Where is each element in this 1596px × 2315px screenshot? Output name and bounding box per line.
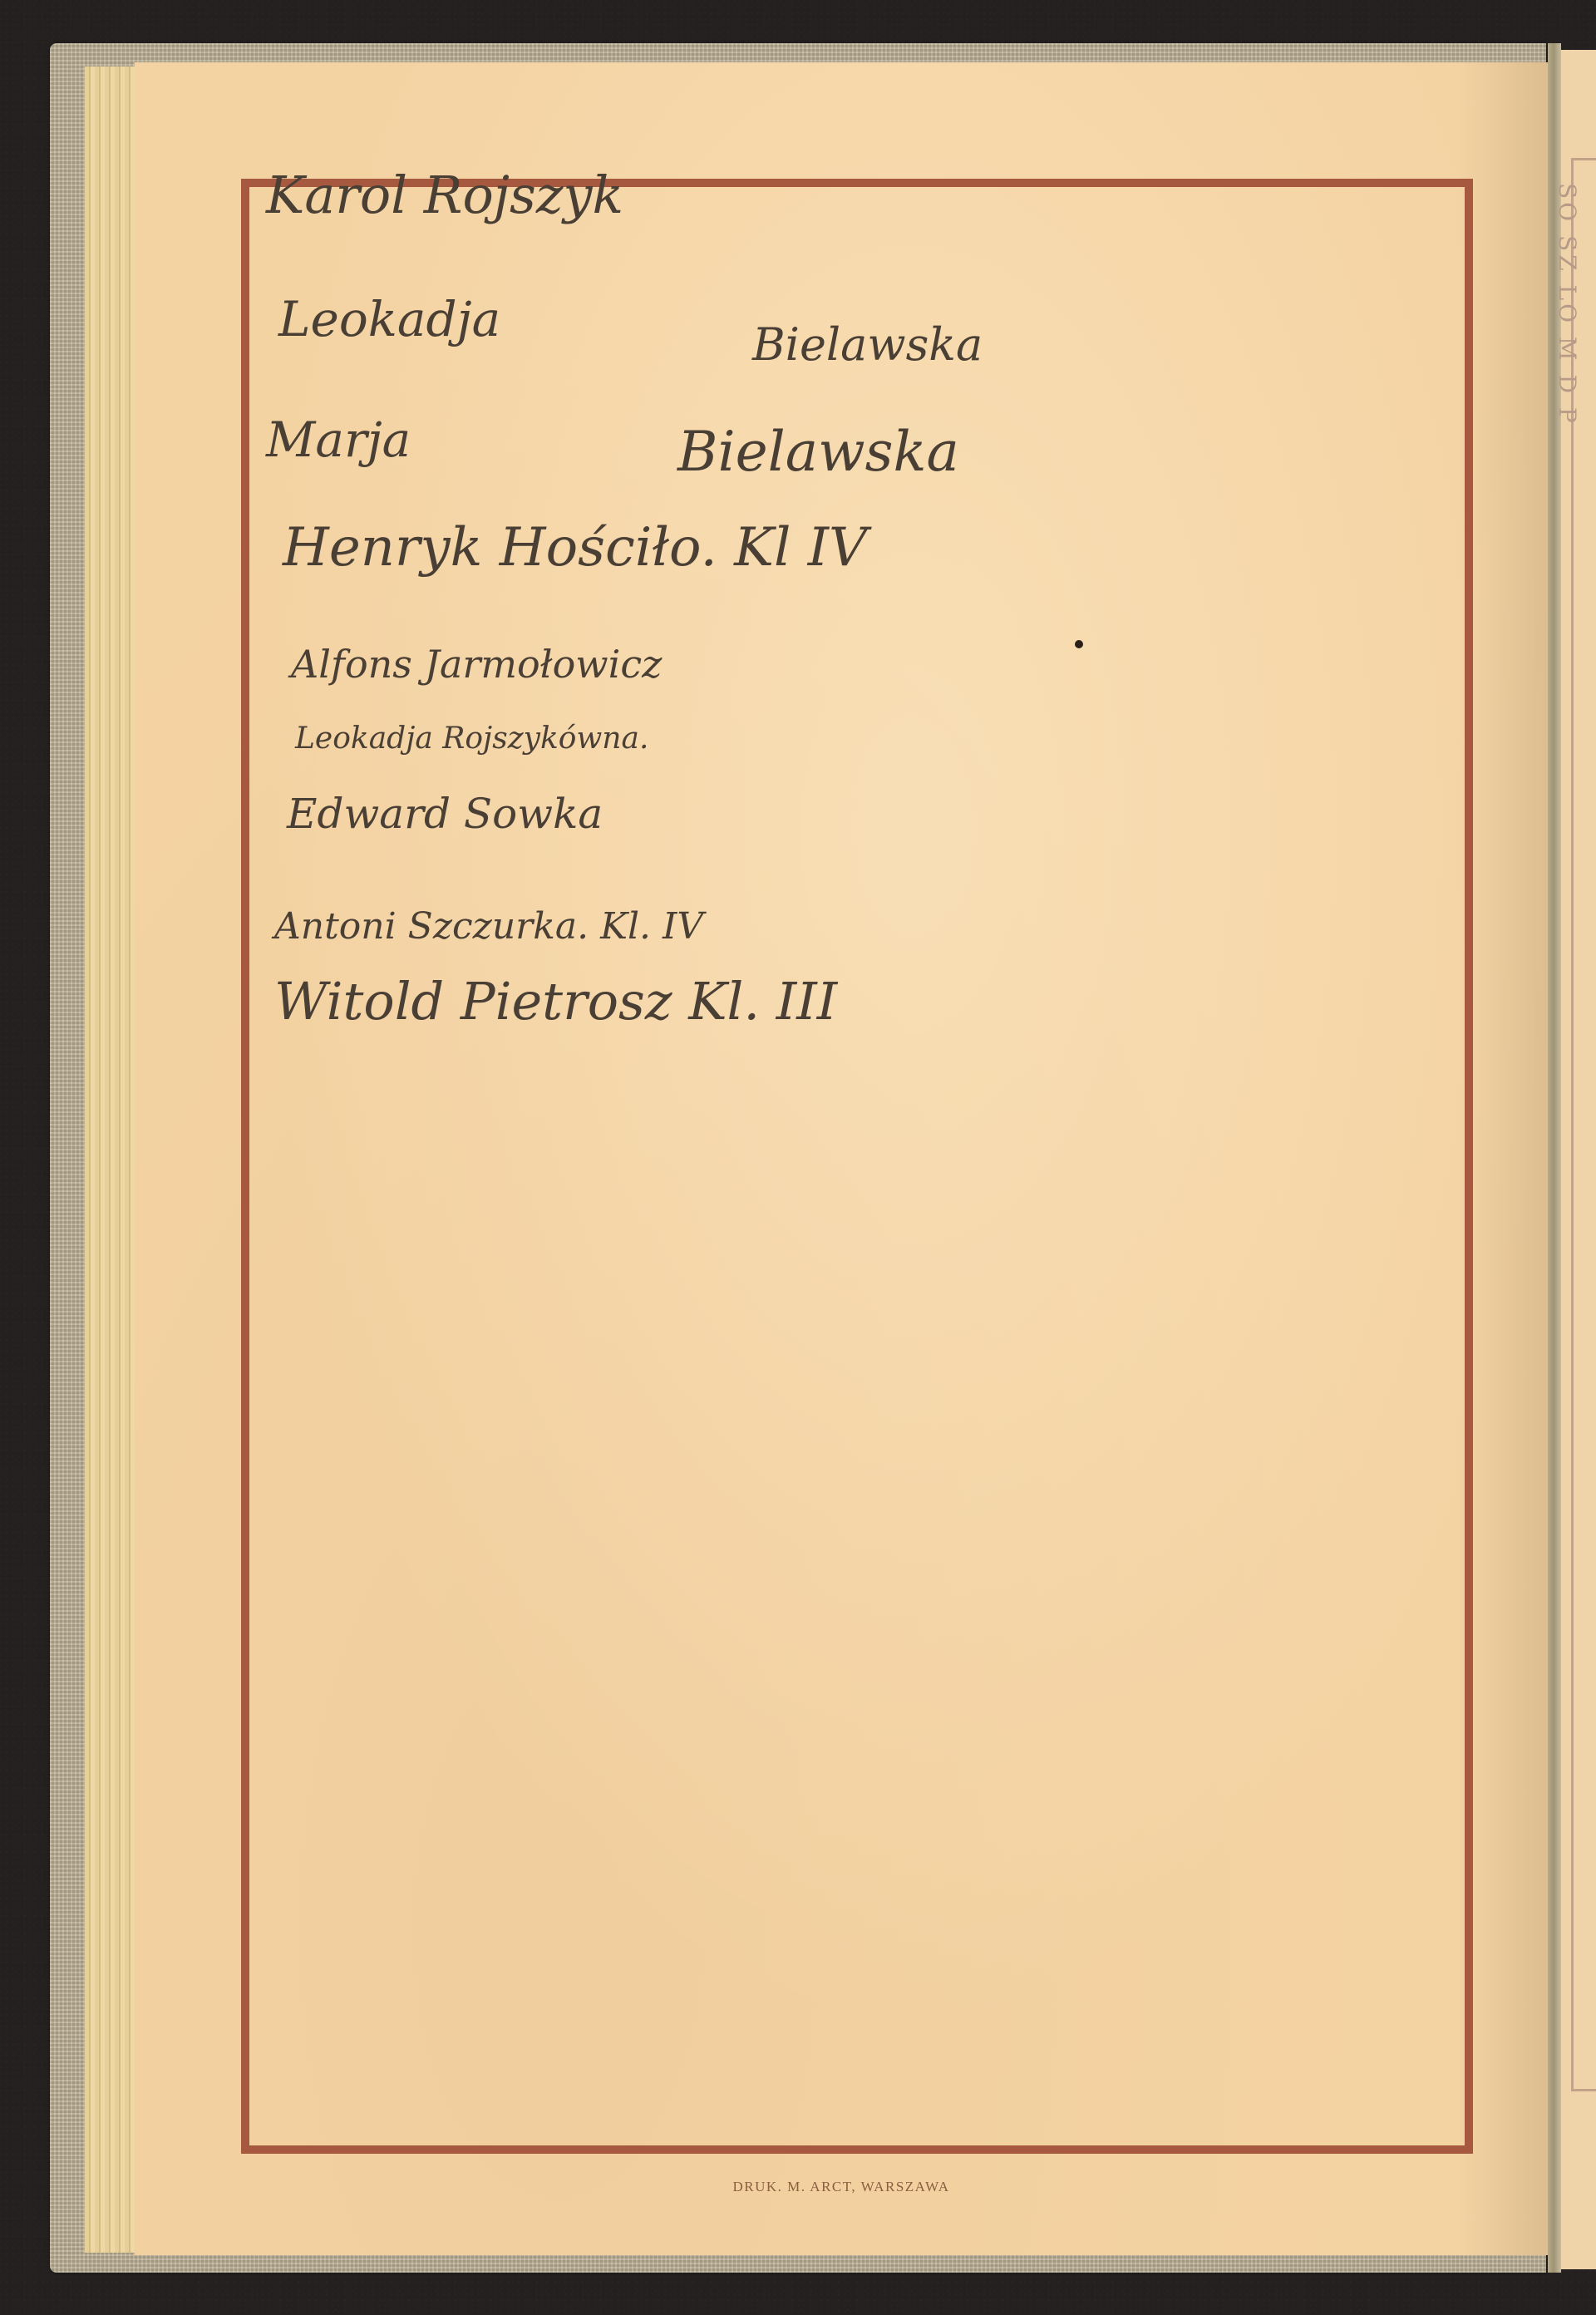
handwritten-entry: Bielawska bbox=[677, 420, 959, 484]
handwritten-entry: Leokadja bbox=[278, 291, 500, 347]
book-page: Karol RojszykLeokadjaBielawskaMarjaBiela… bbox=[135, 62, 1548, 2255]
handwritten-entry: Henryk Hościło. Kl IV bbox=[283, 517, 867, 579]
handwritten-entry: Bielawska bbox=[752, 318, 983, 371]
handwritten-entry: Antoni Szczurka. Kl. IV bbox=[274, 905, 703, 948]
handwritten-entry: Leokadja Rojszykówna. bbox=[295, 722, 648, 756]
handwritten-entry: Karol Rojszyk bbox=[266, 165, 623, 225]
handwritten-entry: Alfons Jarmołowicz bbox=[291, 642, 662, 687]
handwritten-entry: Edward Sowka bbox=[287, 790, 603, 838]
handwritten-entry: Witold Pietrosz Kl. III bbox=[274, 971, 837, 1032]
printer-imprint: DRUK. M. ARCT, WARSZAWA bbox=[135, 2179, 1548, 2195]
ink-spot bbox=[1075, 640, 1083, 648]
adjacent-page-ornament: SO SZ LO M D P bbox=[1579, 183, 1596, 1014]
page-stack-edge bbox=[85, 66, 137, 2253]
handwritten-entry: Marja bbox=[266, 411, 411, 468]
